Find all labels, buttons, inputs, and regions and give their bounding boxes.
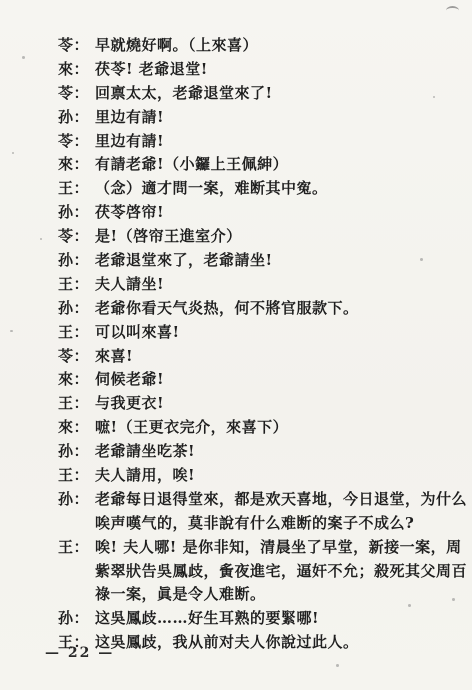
dialogue-row: 孙：这吳鳳歧……好生耳熟的要緊哪! — [58, 607, 458, 631]
dialogue-line: 王：（念）適才問一案，难断其中寃。 — [58, 177, 458, 201]
dialogue-row: 王：这吳鳳歧，我从前对夫人你說过此人。 — [58, 631, 458, 655]
dialogue-text: 回禀太太，老爺退堂來了! — [95, 82, 273, 106]
dialogue-line: 王：夫人請坐! — [58, 273, 458, 297]
dialogue-text: 唉声嘆气的，莫非說有什么难断的案子不成么? — [95, 512, 414, 536]
dialogue-text: 唉! 夫人哪! 是你非知，清晨坐了早堂，新接一案，周 — [95, 536, 462, 560]
dialogue-line: 王：这吳鳳歧，我从前对夫人你說过此人。 — [58, 631, 458, 655]
dialogue-text: 早就燒好啊。（上來喜） — [95, 34, 258, 58]
dialogue-text: 嗻!（王更衣完介，來喜下） — [95, 416, 288, 440]
dialogue-row: 孙：老爺退堂來了，老爺請坐! — [58, 249, 458, 273]
scan-speck — [22, 56, 25, 59]
dialogue-text: 伺候老爺! — [95, 368, 164, 392]
scan-speck — [420, 258, 423, 261]
dialogue-row: 苓：是!（啓帘王進室介） — [58, 225, 458, 249]
dialogue-text: 有請老爺!（小鑼上王佩紳） — [95, 153, 288, 177]
dialogue-line: 孙：老爺每日退得堂來，都是欢天喜地，今日退堂，为什么唉声嘆气的，莫非說有什么难断… — [58, 488, 458, 536]
dialogue-line: 孙：老爺請坐吃茶! — [58, 440, 458, 464]
scan-speck — [12, 152, 14, 154]
dialogue-line: 孙：茯苓啓帘! — [58, 201, 458, 225]
dialogue-text: 茯苓! 老爺退堂! — [95, 58, 208, 82]
dialogue-text: 夫人請用，唉! — [95, 464, 195, 488]
dialogue-row: 來：有請老爺!（小鑼上王佩紳） — [58, 153, 458, 177]
dialogue-line: 苓：里边有請! — [58, 130, 458, 154]
dialogue-line: 來：茯苓! 老爺退堂! — [58, 58, 458, 82]
speaker-label: 來： — [58, 153, 95, 177]
dialogue-row: 王：与我更衣! — [58, 392, 458, 416]
speaker-label: 來： — [58, 368, 95, 392]
speaker-label: 孙： — [58, 201, 95, 225]
dialogue-row: 王：可以叫來喜! — [58, 321, 458, 345]
speaker-label: 苓： — [58, 225, 95, 249]
speaker-label: 孙： — [58, 607, 95, 631]
dialogue-text: 老爺請坐吃茶! — [95, 440, 195, 464]
dialogue-line: 苓：回禀太太，老爺退堂來了! — [58, 82, 458, 106]
speaker-label: 來： — [58, 416, 95, 440]
dialogue-line: 來：伺候老爺! — [58, 368, 458, 392]
dialogue-text: 老爺退堂來了，老爺請坐! — [95, 249, 273, 273]
speaker-label: 王： — [58, 392, 95, 416]
dialogue-text: 这吳鳳歧……好生耳熟的要緊哪! — [95, 607, 319, 631]
dialogue-row: 孙：里边有請! — [58, 106, 458, 130]
speaker-label: 苓： — [58, 34, 95, 58]
dialogue-text: 里边有請! — [95, 130, 164, 154]
dialogue-line: 王：与我更衣! — [58, 392, 458, 416]
scan-speck — [452, 598, 455, 601]
dialogue-row: 苓：早就燒好啊。（上來喜） — [58, 34, 458, 58]
scan-speck — [408, 604, 411, 607]
dialogue-line: 來：有請老爺!（小鑼上王佩紳） — [58, 153, 458, 177]
speaker-label: 王： — [58, 177, 95, 201]
dialogue-text: 祿一案，眞是令人难断。 — [95, 583, 266, 607]
dialogue-row: 苓：回禀太太，老爺退堂來了! — [58, 82, 458, 106]
scan-speck — [10, 330, 13, 332]
dialogue-row: 來：茯苓! 老爺退堂! — [58, 58, 458, 82]
dialogue-text: 可以叫來喜! — [95, 321, 180, 345]
speaker-label: 孙： — [58, 297, 95, 321]
speaker-label: 王： — [58, 464, 95, 488]
dialogue-line: 苓：是!（啓帘王進室介） — [58, 225, 458, 249]
dialogue-text: 紫翠狀告吳鳳歧，夤夜進宅，逼奸不允；殺死其父周百 — [95, 560, 467, 584]
dialogue-text: （念）適才問一案，难断其中寃。 — [95, 177, 328, 201]
dialogue-line: 王：唉! 夫人哪! 是你非知，清晨坐了早堂，新接一案，周紫翠狀告吳鳳歧，夤夜進宅… — [58, 536, 458, 608]
dialogue-text: 这吳鳳歧，我从前对夫人你說过此人。 — [95, 631, 359, 655]
dialogue-row: 紫翠狀告吳鳳歧，夤夜進宅，逼奸不允；殺死其父周百 — [58, 560, 458, 584]
dialogue-row: 孙：老爺請坐吃茶! — [58, 440, 458, 464]
speaker-label: 孙： — [58, 249, 95, 273]
scan-fold-mark — [446, 6, 459, 15]
dialogue-text: 茯苓啓帘! — [95, 201, 164, 225]
dialogue-line: 苓：來喜! — [58, 345, 458, 369]
dialogue-text: 老爺每日退得堂來，都是欢天喜地，今日退堂，为什么 — [95, 488, 467, 512]
dialogue-row: 王：夫人請坐! — [58, 273, 458, 297]
dialogue-row: 祿一案，眞是令人难断。 — [58, 583, 458, 607]
dialogue-row: 來：嗻!（王更衣完介，來喜下） — [58, 416, 458, 440]
speaker-label: 孙： — [58, 440, 95, 464]
dialogue-row: 王：（念）適才問一案，难断其中寃。 — [58, 177, 458, 201]
dialogue-text: 來喜! — [95, 345, 133, 369]
dialogue-row: 苓：里边有請! — [58, 130, 458, 154]
dialogue-line: 來：嗻!（王更衣完介，來喜下） — [58, 416, 458, 440]
dialogue-line: 王：夫人請用，唉! — [58, 464, 458, 488]
dialogue-text: 是!（啓帘王進室介） — [95, 225, 242, 249]
dialogue-row: 來：伺候老爺! — [58, 368, 458, 392]
scan-speck — [433, 96, 435, 98]
dialogue-line: 孙：这吳鳳歧……好生耳熟的要緊哪! — [58, 607, 458, 631]
speaker-label: 王： — [58, 273, 95, 297]
page-number: — 22 — — [45, 645, 114, 661]
script-page: 苓：早就燒好啊。（上來喜）來：茯苓! 老爺退堂!苓：回禀太太，老爺退堂來了!孙：… — [58, 34, 458, 655]
scan-speck — [40, 238, 42, 240]
dialogue-line: 苓：早就燒好啊。（上來喜） — [58, 34, 458, 58]
dialogue-line: 孙：老爺退堂來了，老爺請坐! — [58, 249, 458, 273]
speaker-label: 孙： — [58, 488, 95, 512]
speaker-label: 苓： — [58, 130, 95, 154]
dialogue-line: 孙：老爺你看天气炎热，何不將官服款下。 — [58, 297, 458, 321]
dialogue-row: 孙：茯苓啓帘! — [58, 201, 458, 225]
speaker-label: 王： — [58, 321, 95, 345]
dialogue-row: 王：夫人請用，唉! — [58, 464, 458, 488]
dialogue-row: 孙：老爺每日退得堂來，都是欢天喜地，今日退堂，为什么 — [58, 488, 458, 512]
dialogue-text: 与我更衣! — [95, 392, 164, 416]
dialogue-row: 苓：來喜! — [58, 345, 458, 369]
speaker-label: 苓： — [58, 82, 95, 106]
dialogue-line: 王：可以叫來喜! — [58, 321, 458, 345]
dialogue-row: 孙：老爺你看天气炎热，何不將官服款下。 — [58, 297, 458, 321]
dialogue-row: 王：唉! 夫人哪! 是你非知，清晨坐了早堂，新接一案，周 — [58, 536, 458, 560]
dialogue-text: 里边有請! — [95, 106, 164, 130]
scan-speck — [336, 664, 339, 667]
dialogue-row: 唉声嘆气的，莫非說有什么难断的案子不成么? — [58, 512, 458, 536]
dialogue-line: 孙：里边有請! — [58, 106, 458, 130]
speaker-label: 孙： — [58, 106, 95, 130]
dialogue-text: 老爺你看天气炎热，何不將官服款下。 — [95, 297, 359, 321]
speaker-label: 來： — [58, 58, 95, 82]
dialogue-text: 夫人請坐! — [95, 273, 164, 297]
speaker-label: 苓： — [58, 345, 95, 369]
speaker-label: 王： — [58, 536, 95, 560]
